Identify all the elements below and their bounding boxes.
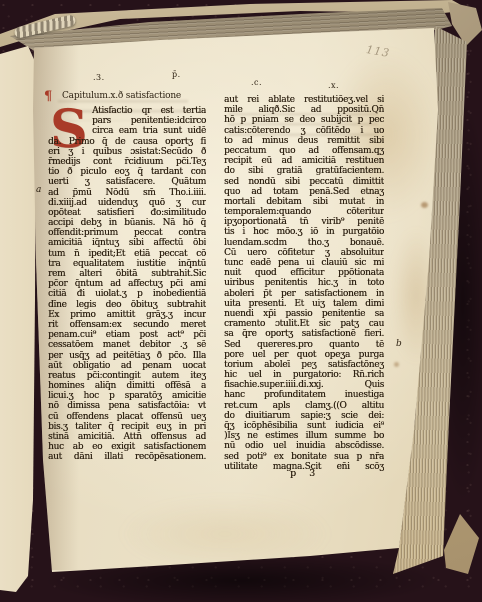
text-line: quo ad totam penā.Sed et̄naʒ	[224, 187, 384, 197]
text-line: dīne legis deo ōbituʒ subtrahit	[48, 300, 206, 310]
text-line: opōteat satisfieri đo:similitudo	[48, 208, 206, 218]
text-line: to ad minus deus remittit sibi	[224, 136, 384, 146]
text-line: tio ð piculo eoʒ q̄ tardant con	[48, 167, 206, 177]
text-line: aut rei ablate restitutiōeʒ.vel si	[224, 95, 384, 105]
header-mark-1: .3.	[93, 73, 105, 82]
text-line: pars penitentie:idcirco	[48, 116, 206, 126]
text-line: Ex primo amittit grāʒ.ʒ incur	[48, 310, 206, 320]
text-line: nō dimissa pena satisfactōia: vt	[48, 401, 206, 411]
text-line: homines aliq̄n dimitti offēsā a	[48, 381, 206, 391]
text-line: tum n̄ ipedit;Et etiā peccat cō	[48, 249, 206, 259]
text-line: r̄medijs cont̄ r̄cidiuum pc̄i.Teʒ	[48, 157, 206, 167]
text-line: Cū uero cōfitetur ʒ absoluitur	[224, 248, 384, 258]
marginal-letter-b: b	[396, 339, 402, 349]
text-line: tis i hoc mōo.ʒ iō in purgatōio	[224, 227, 384, 237]
text-line: bis.ʒ taliter q̄ recipit euʒ in pri	[48, 422, 206, 432]
marginal-letter-a: a	[36, 185, 41, 195]
text-line: stinā amicitiā. Attn̄ offensus ad	[48, 432, 206, 442]
text-line: pore uel per quot opeʒa purga	[224, 350, 384, 360]
text-line: huc ab eo exigit satisfactionem	[48, 442, 206, 452]
text-line: aūt obligatio ad penam uocat̄	[48, 361, 206, 371]
text-line: penam.cui⁹ etiam post act⁹ pc̄i	[48, 330, 206, 340]
text-column-left: Atisfactio qr est tertiapars penitentie:…	[48, 106, 206, 463]
header-mark-4: .x.	[328, 81, 339, 90]
text-line: torium aboleī peʒ satisfactōneʒ	[224, 360, 384, 370]
ink-spot	[394, 362, 399, 367]
ink-spot	[421, 202, 428, 208]
text-line: sed poti⁹ ex bonitate sua p nr̄a	[224, 452, 384, 462]
text-line: ipʒoportionatā tn̄ virib⁹ penitē	[224, 217, 384, 227]
text-line: cū offendens placat offensū ueʒ	[48, 412, 206, 422]
header-mark-2: p̄.	[172, 70, 181, 79]
text-line: hō p pniam se deo subijcit p pec	[224, 115, 384, 125]
text-line: q̄ʒ icōphēsibilia sunt iudicia ei⁹	[224, 421, 384, 431]
text-line: cessatōem manet debitor .ʒ sē	[48, 340, 206, 350]
text-line: mile aliqð.Sic ad ppositū.Qn̄	[224, 105, 384, 115]
text-line: ad p̄mū Nōdū sm̄ Tho.i.iiii.	[48, 188, 206, 198]
text-line: di.xiiij.ad uidenduʒ quō ʒ cur	[48, 198, 206, 208]
text-line: rit offensam:ex secundo meret̄	[48, 320, 206, 330]
text-line: sa q̄re oportʒ satisfactionē fieri.	[224, 329, 384, 339]
text-line: peccatum quo ad offensam.qʒ	[224, 146, 384, 156]
text-line: do sibi gratiā gratūfacientem.	[224, 166, 384, 176]
text-line: rem alteri ōbitā subtrahit.Sic	[48, 269, 206, 279]
text-line: da. Primo q̄ de causa oportʒ fi	[48, 137, 206, 147]
text-line: offendit:primum peccat contra	[48, 228, 206, 238]
text-line: uiribus penitentis hic.ʒ in toto	[224, 278, 384, 288]
quire-signature: p 3	[290, 468, 315, 479]
text-line: eri ʒ i quibus ɔsistat:Secūdo ð	[48, 147, 206, 157]
text-line: cramento ɔtulit.Et sic patʒ cau	[224, 319, 384, 329]
text-line: circa eam tria sunt uidē	[48, 126, 206, 136]
text-line: pc̄or q̄ntum ad affectuʒ pc̄i ami	[48, 279, 206, 289]
text-line: luendam.scd̄m tho.ʒ bonauē.	[224, 238, 384, 248]
text-line: accipi debʒ in būanis. Nā hō q̄	[48, 218, 206, 228]
text-line: uerti ʒ satisfacere. Quātum	[48, 177, 206, 187]
text-line: hic uel in purgatorio: Rn̄.rich	[224, 370, 384, 380]
text-line: mortali debitam sibi mutat in	[224, 197, 384, 207]
text-line: aboleri p̄t per satisfactionem in	[224, 289, 384, 299]
text-line: nuit̄ quod efficitur ppōtionata	[224, 268, 384, 278]
text-line: catis:cōterendo ʒ cōfitēdo i uo	[224, 126, 384, 136]
text-line: nuendi xp̄i passio penitentie sa	[224, 309, 384, 319]
text-line: tunc eadē pena ui clauiū sic mi	[224, 258, 384, 268]
photograph-of-incunable-book: { "page": { "folio_number_handwritten": …	[0, 0, 482, 602]
text-line: recipit eū ad amicitiā restituen	[224, 156, 384, 166]
text-line: tra equalitatem iustitie inq̄ntū	[48, 259, 206, 269]
text-line: ret.cum apl̄s clamʒ.((O altitu	[224, 401, 384, 411]
text-line: temporalem:quando cōteritur	[224, 207, 384, 217]
text-line: reatus pc̄i:contingit autem iteʒ	[48, 371, 206, 381]
text-line: )Isʒ ne estimes illum summe bo	[224, 431, 384, 441]
text-line: fisachie.super.iiii.di.xxj. Quis	[224, 380, 384, 390]
text-line: amicitiā iq̄ntuʒ sibi affectū ōbi	[48, 238, 206, 248]
text-line: do diuitiarum sapie:ʒ scie dei:	[224, 411, 384, 421]
text-column-right: aut rei ablate restitutiōeʒ.vel simile a…	[224, 95, 384, 472]
text-line: citiā đi uiolat.ʒ p inobedientiā	[48, 289, 206, 299]
text-line: Sed quereres.pro quanto tē	[224, 340, 384, 350]
text-line: Atisfactio qr est tertia	[48, 106, 206, 116]
text-line: per usq̄ʒ ad peitētiaʒ ð pc̄o. Illa	[48, 351, 206, 361]
text-line: licui.ʒ hoc p sparatōʒ amicitie	[48, 391, 206, 401]
text-line: aut dāni illati recōpēsationem.	[48, 452, 206, 462]
text-line: uita presenti. Et uiʒ talem dimi	[224, 299, 384, 309]
text-line: nū odio uel inuidia abscōdisse.	[224, 441, 384, 451]
header-mark-3: .c.	[251, 78, 262, 87]
text-line: sed nondū sibi peccatū dimittit	[224, 177, 384, 187]
text-line: hanc profunditatem inuestiga	[224, 390, 384, 400]
